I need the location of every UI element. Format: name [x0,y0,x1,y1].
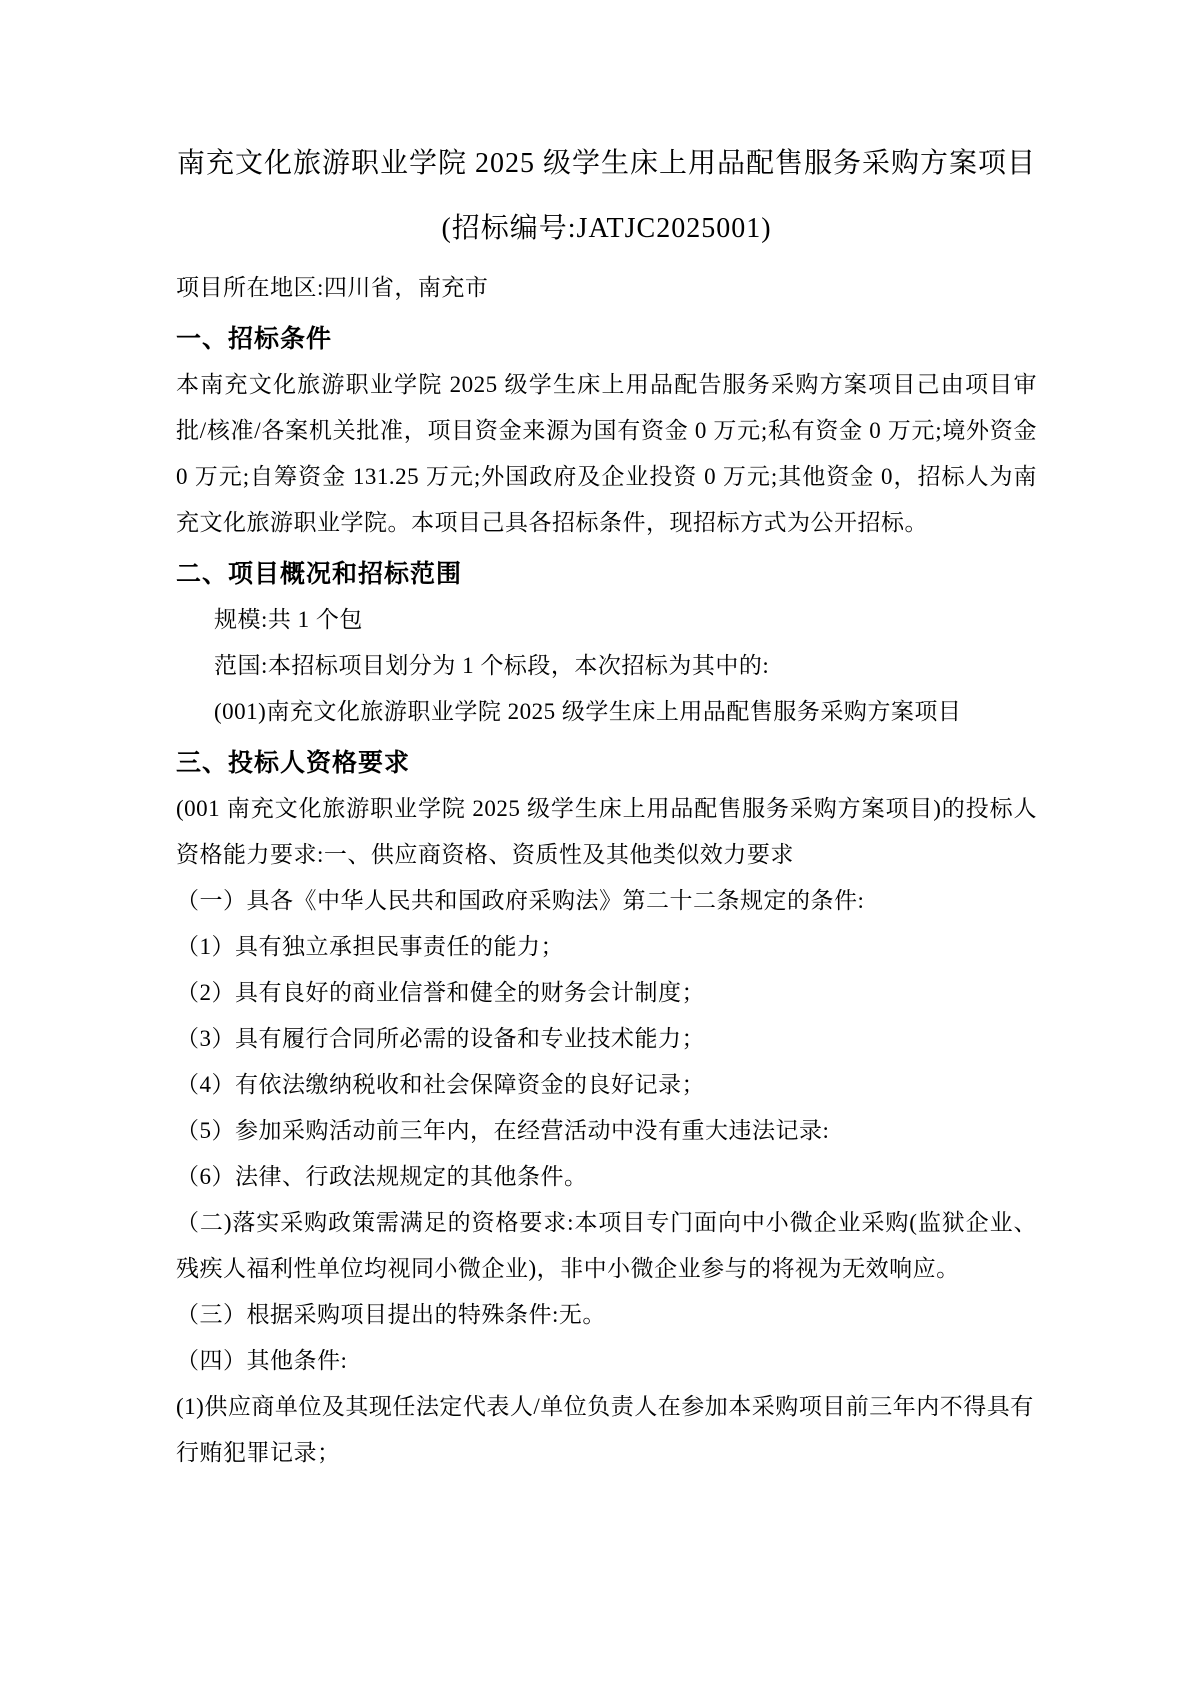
section-2-package-line: (001)南充文化旅游职业学院 2025 级学生床上用品配售服务采购方案项目 [176,689,1037,735]
project-location: 项目所在地区:四川省，南充市 [176,265,1037,311]
document-page: 南充文化旅游职业学院 2025 级学生床上用品配售服务采购方案项目 (招标编号:… [0,0,1191,1684]
section-3-intro-paragraph: (001 南充文化旅游职业学院 2025 级学生床上用品配售服务采购方案项目)的… [176,786,1037,878]
section-3-heading: 三、投标人资格要求 [176,740,1037,786]
document-title: 南充文化旅游职业学院 2025 级学生床上用品配售服务采购方案项目 [176,144,1037,184]
section-3-item-1-3: （3）具有履行合同所必需的设备和专业技术能力； [176,1016,1037,1062]
section-3-item-1: （一）具各《中华人民共和国政府采购法》第二十二条规定的条件: [176,878,1037,924]
section-3-item-4-1: (1)供应商单位及其现任法定代表人/单位负责人在参加本采购项目前三年内不得具有行… [176,1384,1037,1476]
section-3-item-2: （二)落实采购政策需满足的资格要求:本项目专门面向中小微企业采购(监狱企业、残疾… [176,1200,1037,1292]
section-3-item-3: （三）根据采购项目提出的特殊条件:无。 [176,1292,1037,1338]
tender-number: (招标编号:JATJC2025001) [176,209,1037,249]
section-3-item-1-1: （1）具有独立承担民事责任的能力； [176,924,1037,970]
section-1-paragraph: 本南充文化旅游职业学院 2025 级学生床上用品配告服务采购方案项目己由项目审批… [176,362,1037,546]
section-3-item-1-6: （6）法律、行政法规规定的其他条件。 [176,1154,1037,1200]
section-2-scope-line: 范国:本招标项目划分为 1 个标段，本次招标为其中的: [176,643,1037,689]
section-3-item-1-5: （5）参加采购活动前三年内，在经营活动中没有重大违法记录: [176,1108,1037,1154]
section-3-item-4: （四）其他条件: [176,1338,1037,1384]
section-2-heading: 二、项目概况和招标范围 [176,551,1037,597]
section-1-heading: 一、招标条件 [176,316,1037,362]
section-3-item-1-4: （4）有依法缴纳税收和社会保障资金的良好记录； [176,1062,1037,1108]
section-2-scale-line: 规模:共 1 个包 [176,597,1037,643]
section-3-item-1-2: （2）具有良好的商业信誉和健全的财务会计制度； [176,970,1037,1016]
